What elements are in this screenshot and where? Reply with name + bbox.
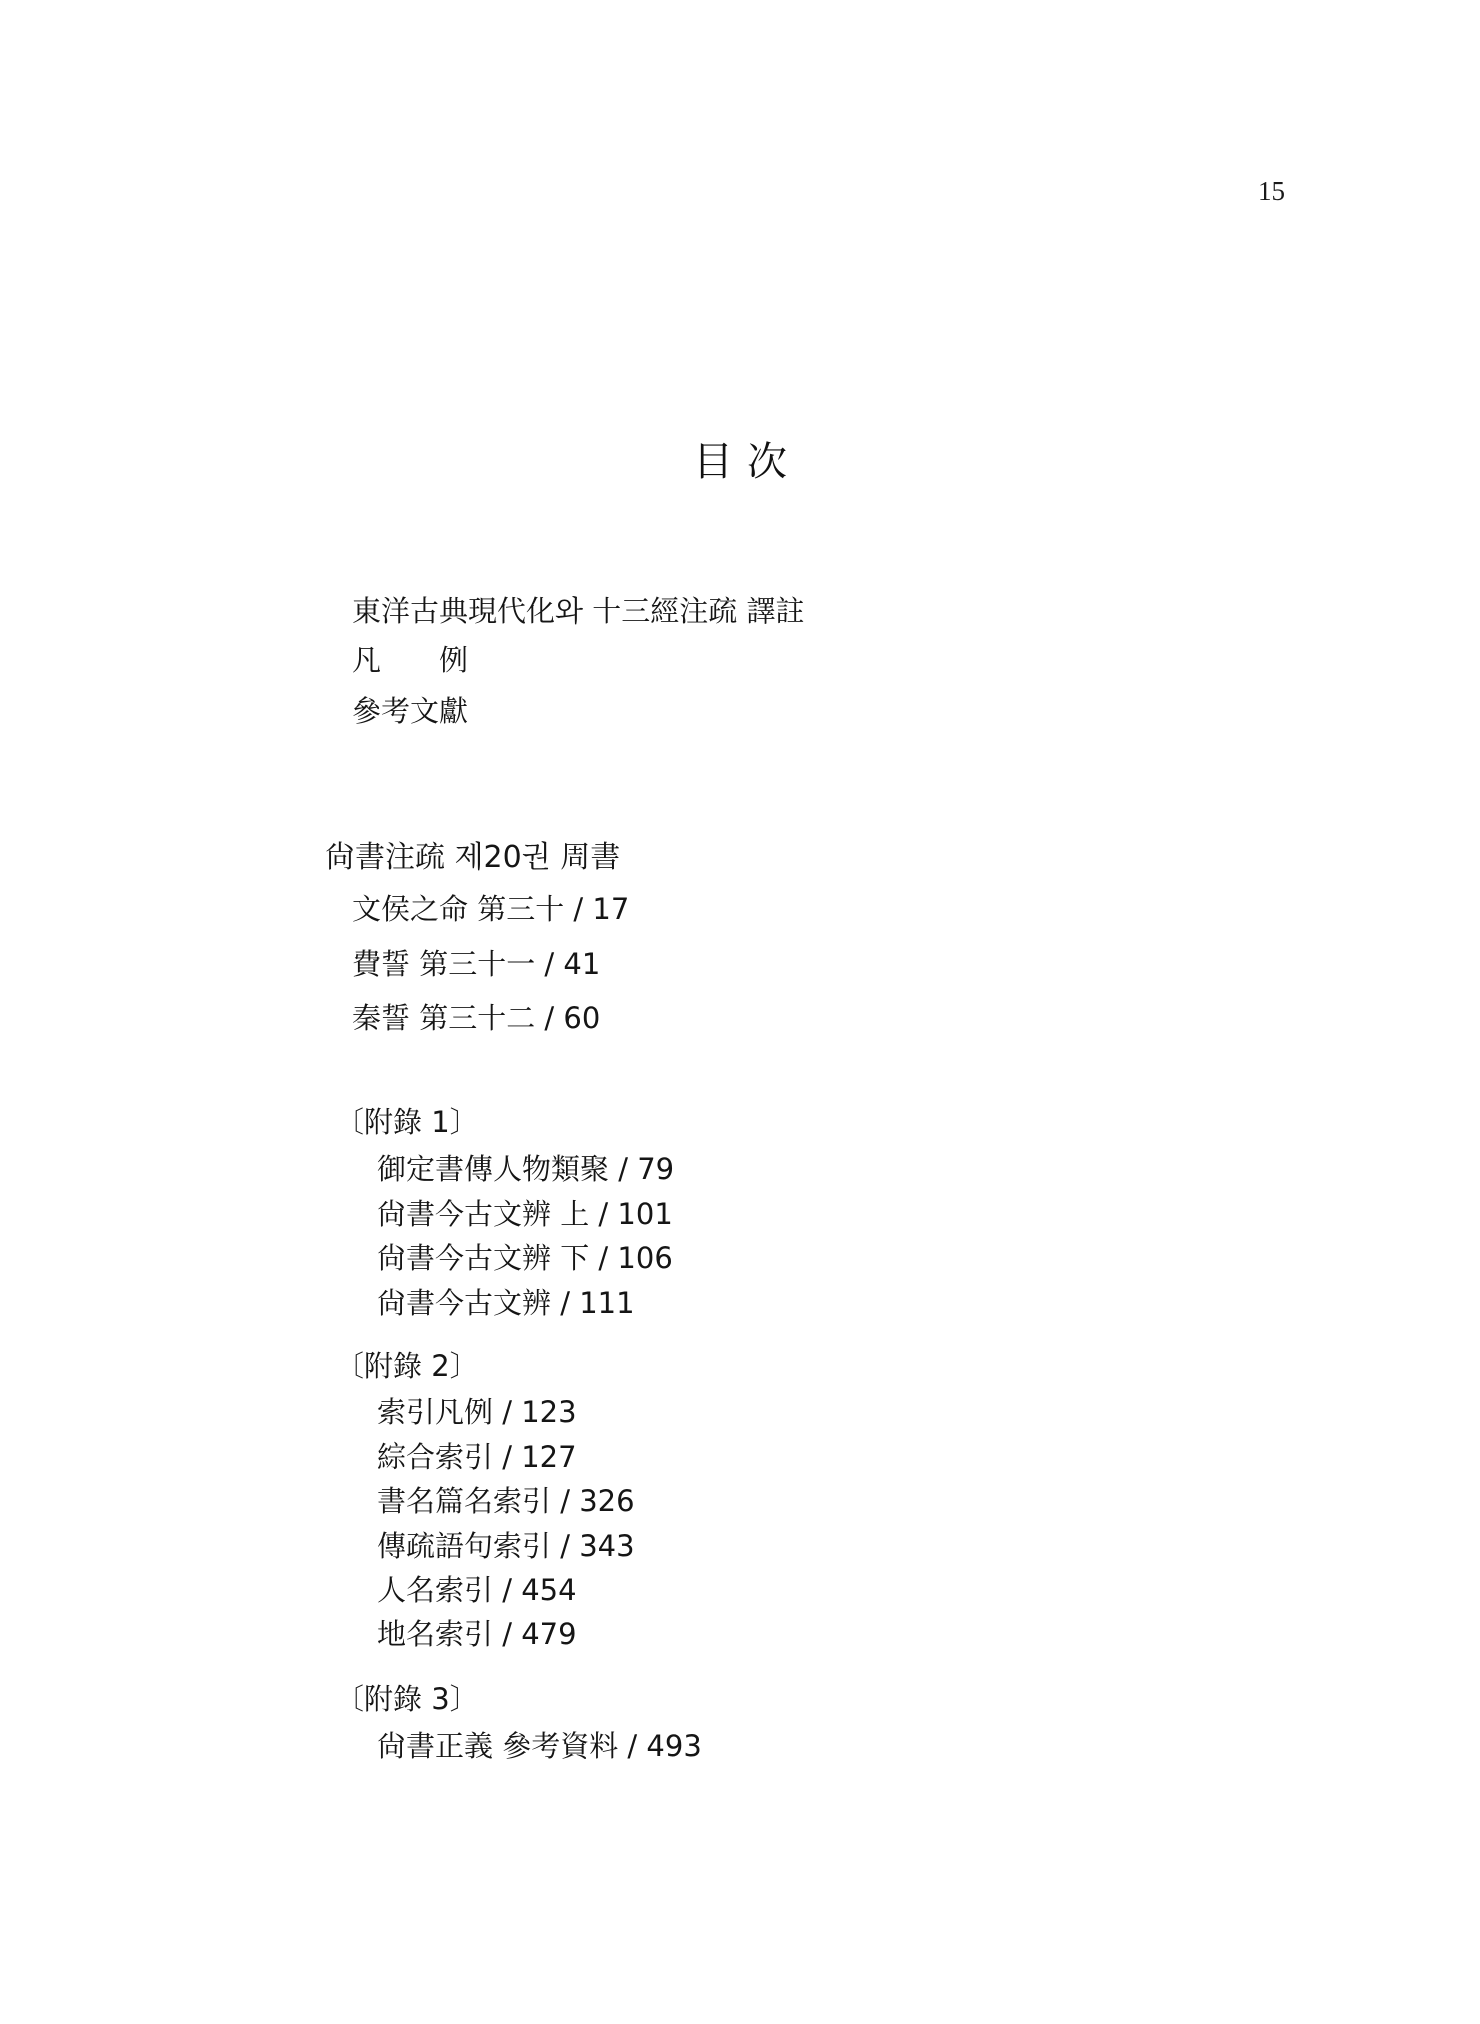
toc-entry-appendix[interactable]: 尙書今古文辨 / 111 [377,1289,635,1318]
appendix-heading: 〔附錄 2〕 [335,1352,479,1381]
toc-entry-front-matter[interactable]: 參考文獻 [352,697,468,726]
toc-entry-appendix[interactable]: 尙書今古文辨 下 / 106 [377,1244,673,1273]
toc-entry-chapter[interactable]: 費誓 第三十一 / 41 [352,950,600,979]
page-number: 15 [1258,176,1285,207]
toc-entry-appendix[interactable]: 綜合索引 / 127 [377,1443,577,1472]
toc-entry-chapter[interactable]: 文侯之命 第三十 / 17 [352,895,629,924]
toc-entry-front-matter[interactable]: 東洋古典現代化와 十三經注疏 譯註 [352,597,804,626]
page-title: 目次 [0,430,1480,487]
volume-heading: 尙書注疏 제20권 周書 [325,843,620,873]
toc-entry-front-matter[interactable]: 凡 例 [352,646,468,675]
toc-entry-appendix[interactable]: 傳疏語句索引 / 343 [377,1532,635,1561]
toc-entry-appendix[interactable]: 人名索引 / 454 [377,1576,577,1605]
toc-entry-chapter[interactable]: 秦誓 第三十二 / 60 [352,1004,600,1033]
toc-entry-appendix[interactable]: 尙書正義 參考資料 / 493 [377,1732,702,1761]
toc-entry-appendix[interactable]: 御定書傳人物類聚 / 79 [377,1155,674,1184]
toc-entry-appendix[interactable]: 尙書今古文辨 上 / 101 [377,1200,673,1229]
toc-entry-appendix[interactable]: 索引凡例 / 123 [377,1398,577,1427]
toc-entry-appendix[interactable]: 書名篇名索引 / 326 [377,1487,635,1516]
toc-entry-appendix[interactable]: 地名索引 / 479 [377,1620,577,1649]
appendix-heading: 〔附錄 1〕 [335,1108,479,1137]
appendix-heading: 〔附錄 3〕 [335,1685,479,1714]
